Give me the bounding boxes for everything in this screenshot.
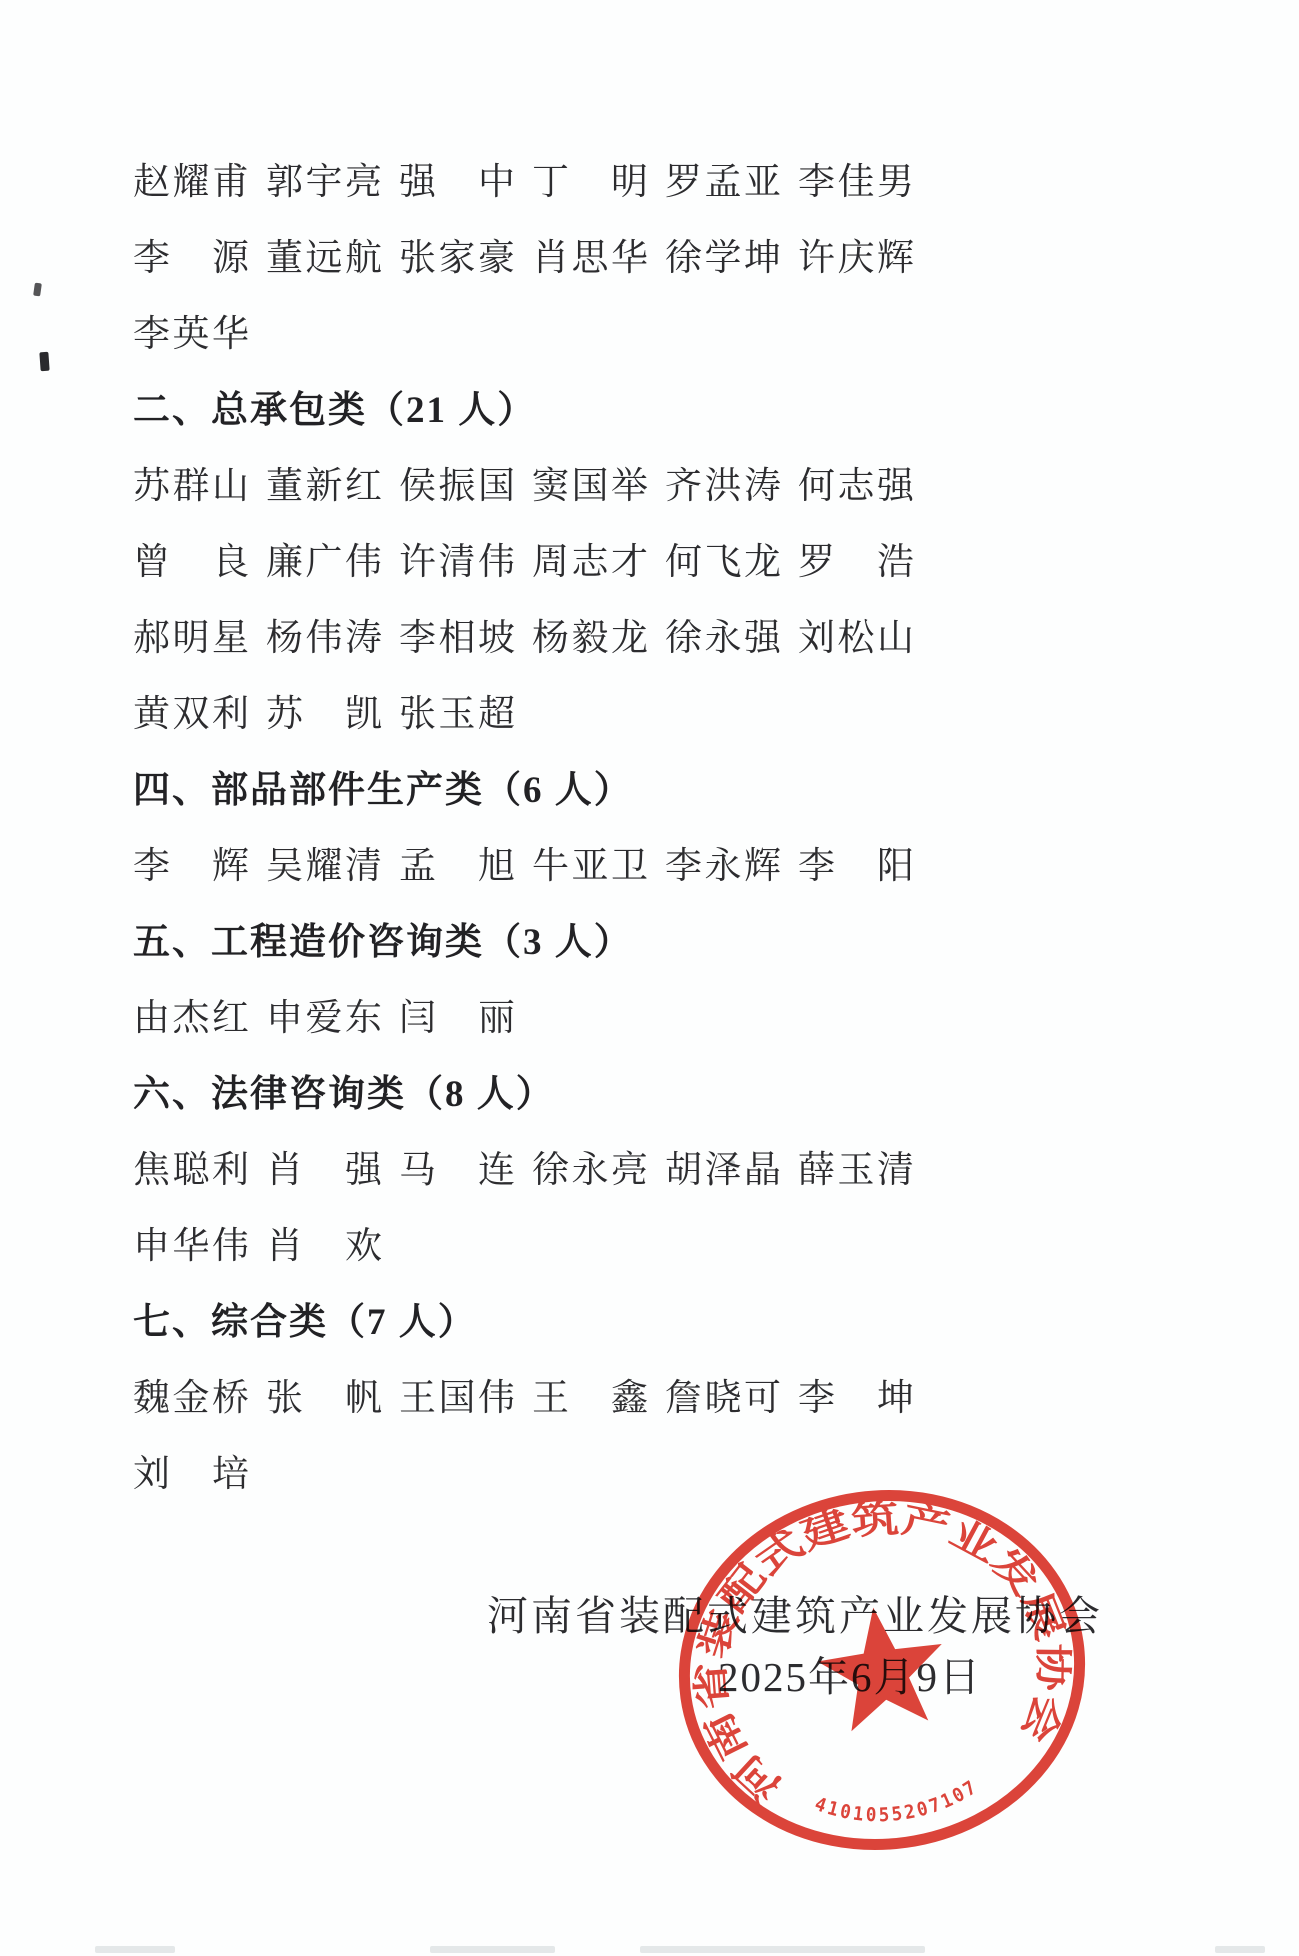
star-icon [811,1599,952,1735]
name-row: 郝明星杨伟涛李相坡杨毅龙徐永强刘松山 [133,618,1193,660]
person-name: 侯振国 [399,466,515,508]
person-name: 苏群山 [133,466,249,508]
person-name: 郭宇亮 [266,162,382,204]
person-name: 李佳男 [798,162,914,204]
person-name: 赵耀甫 [133,162,249,204]
person-name: 廉广伟 [266,542,382,584]
section-heading: 二、总承包类（21 人） [133,390,1193,432]
scan-artifact [1215,1946,1265,1953]
name-list: 赵耀甫郭宇亮强中丁明罗孟亚李佳男李源董远航张家豪肖思华徐学坤许庆辉李英华二、总承… [133,0,1193,1530]
person-name: 徐永强 [665,618,781,660]
person-name: 申爱东 [266,998,382,1040]
person-name: 申华伟 [133,1226,249,1268]
name-row: 黄双利苏凯张玉超 [133,694,1193,736]
person-name: 李英华 [133,314,249,356]
name-row: 曾良廉广伟许清伟周志才何飞龙罗浩 [133,542,1193,584]
section-heading: 五、工程造价咨询类（3 人） [133,922,1193,964]
person-name: 强中 [399,162,515,204]
person-name: 黄双利 [133,694,249,736]
scan-artifact [640,1946,925,1953]
person-name: 徐永亮 [532,1150,648,1192]
person-name: 刘松山 [798,618,914,660]
person-name: 李坤 [798,1378,914,1420]
scan-artifact [95,1946,175,1953]
section-heading: 七、综合类（7 人） [133,1302,1193,1344]
person-name: 何志强 [798,466,914,508]
person-name: 何飞龙 [665,542,781,584]
person-name: 牛亚卫 [532,846,648,888]
person-name: 罗浩 [798,542,914,584]
person-name: 李永辉 [665,846,781,888]
person-name: 詹晓可 [665,1378,781,1420]
person-name: 罗孟亚 [665,162,781,204]
person-name: 董新红 [266,466,382,508]
person-name: 王国伟 [399,1378,515,1420]
name-row: 魏金桥张帆王国伟王鑫詹晓可李坤 [133,1378,1193,1420]
person-name: 马连 [399,1150,515,1192]
person-name: 曾良 [133,542,249,584]
official-seal: 河南省装配式建筑产业发展协会 4101055207107 [634,1439,1130,1901]
person-name: 张家豪 [399,238,515,280]
person-name: 李辉 [133,846,249,888]
person-name: 张帆 [266,1378,382,1420]
person-name: 苏凯 [266,694,382,736]
person-name: 许清伟 [399,542,515,584]
name-row: 赵耀甫郭宇亮强中丁明罗孟亚李佳男 [133,162,1193,204]
person-name: 李相坡 [399,618,515,660]
person-name: 齐洪涛 [665,466,781,508]
person-name: 李源 [133,238,249,280]
section-heading: 四、部品部件生产类（6 人） [133,770,1193,812]
person-name: 张玉超 [399,694,515,736]
scan-artifact [430,1946,555,1953]
ink-speck [39,352,49,372]
name-row: 李英华 [133,314,1193,356]
person-name: 闫丽 [399,998,515,1040]
person-name: 肖思华 [532,238,648,280]
person-name: 魏金桥 [133,1378,249,1420]
name-row: 苏群山董新红侯振国窦国举齐洪涛何志强 [133,466,1193,508]
person-name: 焦聪利 [133,1150,249,1192]
name-row: 由杰红申爱东闫丽 [133,998,1193,1040]
person-name: 李阳 [798,846,914,888]
person-name: 杨毅龙 [532,618,648,660]
person-name: 董远航 [266,238,382,280]
person-name: 许庆辉 [798,238,914,280]
person-name: 孟旭 [399,846,515,888]
section-heading: 六、法律咨询类（8 人） [133,1074,1193,1116]
person-name: 郝明星 [133,618,249,660]
name-row: 李辉吴耀清孟旭牛亚卫李永辉李阳 [133,846,1193,888]
person-name: 刘培 [133,1454,249,1496]
person-name: 胡泽晶 [665,1150,781,1192]
name-row: 焦聪利肖强马连徐永亮胡泽晶薛玉清 [133,1150,1193,1192]
ink-speck [33,283,42,297]
person-name: 吴耀清 [266,846,382,888]
person-name: 王鑫 [532,1378,648,1420]
person-name: 肖强 [266,1150,382,1192]
person-name: 杨伟涛 [266,618,382,660]
name-row: 李源董远航张家豪肖思华徐学坤许庆辉 [133,238,1193,280]
person-name: 窦国举 [532,466,648,508]
person-name: 薛玉清 [798,1150,914,1192]
person-name: 由杰红 [133,998,249,1040]
document-page: 赵耀甫郭宇亮强中丁明罗孟亚李佳男李源董远航张家豪肖思华徐学坤许庆辉李英华二、总承… [0,0,1299,1956]
person-name: 丁明 [532,162,648,204]
person-name: 肖欢 [266,1226,382,1268]
name-row: 申华伟肖欢 [133,1226,1193,1268]
person-name: 周志才 [532,542,648,584]
person-name: 徐学坤 [665,238,781,280]
